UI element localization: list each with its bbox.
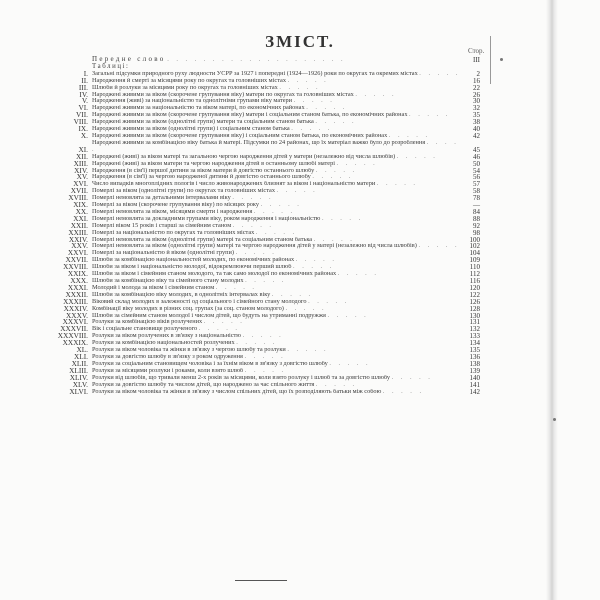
toc-entry[interactable]: XXII.Померлі віком 15 років і старші за … bbox=[40, 223, 480, 230]
entry-title: Розлуки за віком розлучених в зв'язку з … bbox=[92, 333, 241, 339]
toc-entry[interactable]: XXXVII.Вік і соціальне становище розлуче… bbox=[40, 326, 480, 333]
toc-entry[interactable]: XXI.Померлі немовлята за докладними груп… bbox=[40, 216, 480, 223]
toc-entry[interactable]: XXXIX.Розлуки за комбінацією національно… bbox=[40, 340, 480, 347]
toc-entry[interactable]: XI.Народжені живими за комбінацією віку … bbox=[40, 140, 480, 154]
entry-title: Шлюби за комбінацією національностей мол… bbox=[92, 257, 294, 263]
toc-entry[interactable]: XLV.Розлуки за довгістю шлюбу та числом … bbox=[40, 382, 480, 389]
toc-entry[interactable]: I.Загальні підсумки природного руху людн… bbox=[40, 71, 480, 78]
toc-entry[interactable]: XXVIII.Шлюби за віком і національністю м… bbox=[40, 264, 480, 271]
entry-title: Шлюби за віком і національністю молодої,… bbox=[92, 264, 291, 270]
scan-artifact-dot bbox=[500, 58, 503, 61]
preface-label: Передне слово bbox=[92, 56, 166, 63]
entry-title: Шлюби за комбінацією віку та сімейного с… bbox=[92, 278, 244, 284]
scan-artifact-dot bbox=[553, 418, 556, 421]
entry-title: Померлі немовлята за віком (однолітні гр… bbox=[92, 243, 417, 249]
entry-title: Народжені живими за комбінацією віку бат… bbox=[92, 140, 425, 146]
toc-entry[interactable]: XXV.Померлі немовлята за віком (однолітн… bbox=[40, 243, 480, 250]
entry-title: Молодий і молода за віком і сімейним ста… bbox=[92, 285, 214, 291]
tables-label: Таблиці: bbox=[40, 64, 480, 71]
toc-entry[interactable]: IX.Народжені живими за віком (однолітні … bbox=[40, 126, 480, 133]
entry-title: Померлі за національністю по округах та … bbox=[92, 230, 254, 236]
entry-number: XLVI. bbox=[40, 389, 92, 396]
page-binding-shadow bbox=[546, 0, 558, 600]
entry-title: Розлуки за віком чоловіка та жінки в зв'… bbox=[92, 389, 381, 395]
toc-entry[interactable]: XXXII.Шлюби за комбінацією віку молодих,… bbox=[40, 292, 480, 299]
entry-title: Шлюби за віком і сімейним станом молодог… bbox=[92, 271, 336, 277]
toc-entry[interactable]: IV.Народжені живими за віком (скорочене … bbox=[40, 92, 480, 99]
toc-entry[interactable]: XXIII.Померлі за національністю по округ… bbox=[40, 230, 480, 237]
toc-entry[interactable]: XLVI.Розлуки за віком чоловіка та жінки … bbox=[40, 389, 480, 396]
toc-entry[interactable]: XIV.Народження (в сім'ї) першої дитини з… bbox=[40, 168, 480, 175]
entry-title: Померлі немовлята за детальними інтервал… bbox=[92, 195, 231, 201]
entry-title: Народжені живими за віком (однолітні гру… bbox=[92, 119, 314, 125]
toc-entry[interactable]: XXXIII.Віковий склад молодих в залежност… bbox=[40, 299, 480, 306]
toc-entry[interactable]: XLIII.Розлуки за місяцями розлуки і рока… bbox=[40, 368, 480, 375]
toc-entry[interactable]: III.Шлюби й розлуки за місяцями року по … bbox=[40, 85, 480, 92]
toc-entry[interactable]: XVIII.Померлі немовлята за детальними ін… bbox=[40, 195, 480, 202]
entry-page: 42 bbox=[462, 133, 480, 140]
entry-title: Шлюби за сімейним станом молодої і число… bbox=[92, 313, 326, 319]
toc-entry[interactable]: XVII.Померлі за віком (однолітні групи) … bbox=[40, 188, 480, 195]
toc-entry[interactable]: XXXV.Шлюби за сімейним станом молодої і … bbox=[40, 313, 480, 320]
entry-title: Померлі немовлята за віком, місяцями сме… bbox=[92, 209, 252, 215]
toc-entry[interactable]: XXXI.Молодий і молода за віком і сімейни… bbox=[40, 285, 480, 292]
toc-entry[interactable]: XXX.Шлюби за комбінацією віку та сімейно… bbox=[40, 278, 480, 285]
entry-title: Померлі за національністю й віком (однол… bbox=[92, 250, 234, 256]
toc-entry[interactable]: VIII.Народжені живими за віком (однолітн… bbox=[40, 119, 480, 126]
toc-entry[interactable]: XVI.Число випадків многоплідних пологів … bbox=[40, 181, 480, 188]
entry-title: Шлюби за комбінацією віку молодих, в одн… bbox=[92, 292, 270, 298]
entry-title: Розлуки за місяцями розлуки і роками, ко… bbox=[92, 368, 243, 374]
entry-title: Народження (в сім'ї) першої дитини за ві… bbox=[92, 168, 314, 174]
entry-title: Розлуки за довгістю шлюбу в зв'язку з ро… bbox=[92, 354, 243, 360]
entry-title: Народжені (живі) за віком матері та зага… bbox=[92, 154, 395, 160]
entry-title: Народжені живими за віком (скорочене гру… bbox=[92, 133, 387, 139]
toc-entry[interactable]: XII.Народжені (живі) за віком матері та … bbox=[40, 154, 480, 161]
entry-title: Померлі немовлята за віком (однолітні гр… bbox=[92, 237, 312, 243]
toc-entry[interactable]: VII.Народжені живими за віком (скорочене… bbox=[40, 112, 480, 119]
entry-title: Розлуки за довгістю шлюбу та числом діте… bbox=[92, 382, 314, 388]
entry-title: Народжені живими за віком (скорочене гру… bbox=[92, 92, 354, 98]
entry-title: Померлі віком 15 років і старші за сімей… bbox=[92, 223, 231, 229]
entry-title: Загальні підсумки природного руху люднос… bbox=[92, 71, 418, 77]
page-column-header: Стор. bbox=[468, 47, 484, 55]
toc-entry[interactable]: XXXVI.Розлуки за комбінацією віків розлу… bbox=[40, 319, 480, 326]
toc-entry[interactable]: V.Народження (живі) за національністю та… bbox=[40, 98, 480, 105]
entry-title: Народжені живими за віком (однолітні гру… bbox=[92, 126, 290, 132]
entry-title: Віковий склад молодих в залежності од со… bbox=[92, 299, 307, 305]
entry-title: Розлуки за віком чоловіка та жінки в зв'… bbox=[92, 347, 286, 353]
toc-entry[interactable]: XLI.Розлуки за довгістю шлюбу в зв'язку … bbox=[40, 354, 480, 361]
entry-title: Народжені живими за національністю та ві… bbox=[92, 105, 305, 111]
entry-title: Розлуки від шлюбів, що тривали менш 2-х … bbox=[92, 375, 390, 381]
entry-title: Розлуки за соціальним становищем чоловік… bbox=[92, 361, 328, 367]
entry-title: Народження й смерті за місяцями року по … bbox=[92, 78, 286, 84]
toc-entry-preface[interactable]: Передне слово . . . . . . . . . . . . . … bbox=[40, 56, 480, 64]
entry-page: 142 bbox=[462, 389, 480, 396]
entry-title: Розлуки за комбінацією національностей р… bbox=[92, 340, 235, 346]
entry-title: Народження (живі) за національністю та о… bbox=[92, 98, 292, 104]
toc-entry[interactable]: XLIV.Розлуки від шлюбів, що тривали менш… bbox=[40, 375, 480, 382]
entry-title: Розлуки за комбінацією віків розлучених bbox=[92, 319, 202, 325]
toc-entry[interactable]: X.Народжені живими за віком (скорочене г… bbox=[40, 133, 480, 140]
page-title: ЗМІСТ. bbox=[0, 32, 600, 52]
entry-title: Шлюби й розлуки за місяцями року по окру… bbox=[92, 85, 278, 91]
entry-title: Вік і соціальне становище розлученого bbox=[92, 326, 197, 332]
toc-entry[interactable]: XIX.Померлі за віком (скорочене групуван… bbox=[40, 202, 480, 209]
toc-entry[interactable]: VI.Народжені живими за національністю та… bbox=[40, 105, 480, 112]
toc-entry[interactable]: XXIV.Померлі немовлята за віком (одноліт… bbox=[40, 237, 480, 244]
entry-title: Число випадків многоплідних пологів і чи… bbox=[92, 181, 375, 187]
toc-entry[interactable]: XIII.Народжені (живі) за віком матери та… bbox=[40, 161, 480, 168]
entry-title: Комбінації віку молодих в різних соц. гр… bbox=[92, 306, 284, 312]
toc-entry[interactable]: XV.Народження (в сім'ї) за чергою народж… bbox=[40, 174, 480, 181]
entry-title: Народжені живими за віком (скорочене гру… bbox=[92, 112, 407, 118]
end-rule bbox=[235, 580, 287, 581]
toc-entry[interactable]: XL.Розлуки за віком чоловіка та жінки в … bbox=[40, 347, 480, 354]
entry-title: Померлі за віком (однолітні групи) по ок… bbox=[92, 188, 275, 194]
toc-entry[interactable]: II.Народження й смерті за місяцями року … bbox=[40, 78, 480, 85]
toc-entries: I.Загальні підсумки природного руху людн… bbox=[40, 71, 480, 396]
toc-entry[interactable]: XX.Померлі немовлята за віком, місяцями … bbox=[40, 209, 480, 216]
toc-entry[interactable]: XXVII.Шлюби за комбінацією національност… bbox=[40, 257, 480, 264]
preface-page: III bbox=[462, 57, 480, 64]
table-of-contents: Передне слово . . . . . . . . . . . . . … bbox=[40, 56, 480, 395]
toc-entry[interactable]: XXXVIII.Розлуки за віком розлучених в зв… bbox=[40, 333, 480, 340]
entry-title: Померлі немовлята за докладними групами … bbox=[92, 216, 320, 222]
entry-title: Народжені (живі) за віком матери та черг… bbox=[92, 161, 335, 167]
toc-entry[interactable]: XXXIV.Комбінації віку молодих в різних с… bbox=[40, 306, 480, 313]
toc-entry[interactable]: XLII.Розлуки за соціальним становищем чо… bbox=[40, 361, 480, 368]
toc-entry[interactable]: XXIX.Шлюби за віком і сімейним станом мо… bbox=[40, 271, 480, 278]
toc-entry[interactable]: XXVI.Померлі за національністю й віком (… bbox=[40, 250, 480, 257]
entry-number: X. bbox=[40, 133, 92, 140]
entry-title: Померлі за віком (скорочене групування в… bbox=[92, 202, 259, 208]
entry-title: Народження (в сім'ї) за чергою народжено… bbox=[92, 174, 311, 180]
